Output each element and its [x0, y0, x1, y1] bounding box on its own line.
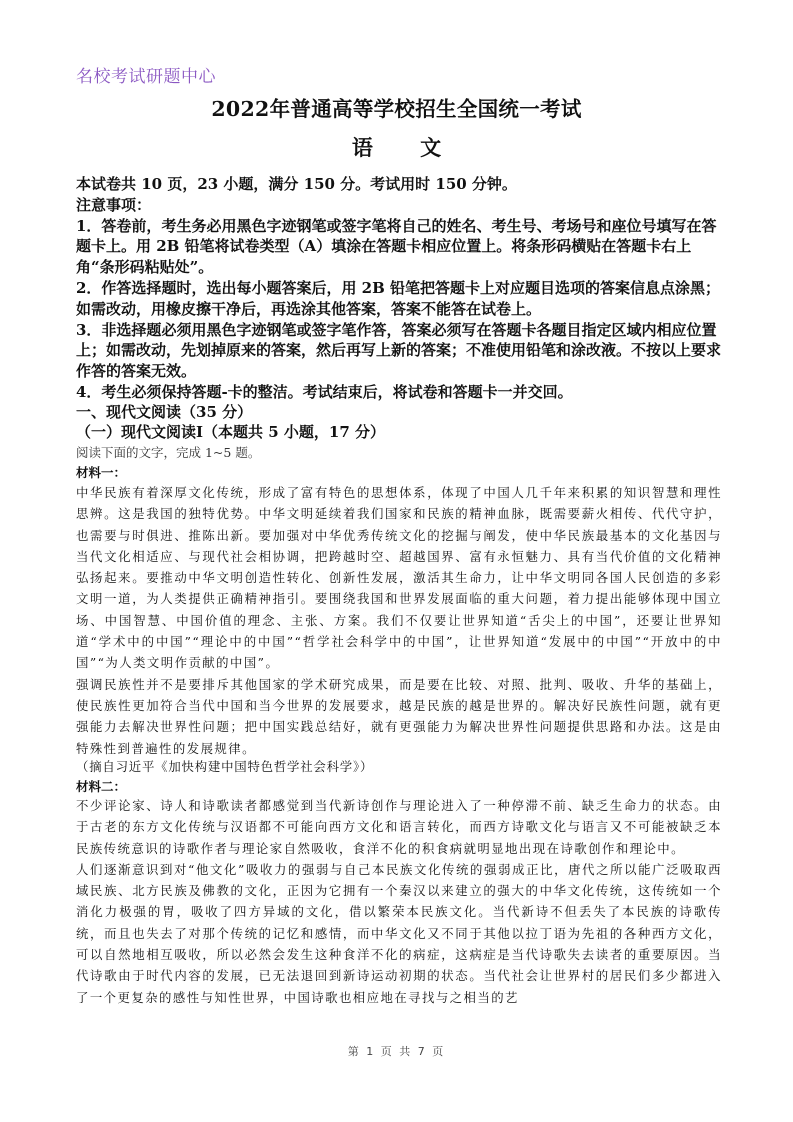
- material-1-text: 中华民族有着深厚文化传统，形成了富有特色的思想体系，体现了中国人几千年来积累的知…: [76, 482, 722, 759]
- notice-item-2: 2．作答选择题时，选出每小题答案后，用 2B 铅笔把答题卡上对应题目选项的答案信…: [76, 278, 726, 320]
- watermark-text: 名校考试研题中心: [76, 62, 216, 87]
- paragraph: 强调民族性并不是要排斥其他国家的学术研究成果，而是要在比较、对照、批判、吸收、升…: [76, 674, 722, 759]
- material-2-text: 不少评论家、诗人和诗歌读者都感觉到当代新诗创作与理论进入了一种停滞不前、缺乏生命…: [76, 795, 722, 1008]
- notice-item-4: 4．考生必须保持答题-卡的整洁。考试结束后，将试卷和答题卡一并交回。: [76, 382, 726, 403]
- paragraph: 不少评论家、诗人和诗歌读者都感觉到当代新诗创作与理论进入了一种停滞不前、缺乏生命…: [76, 795, 722, 859]
- exam-summary: 本试卷共 10 页，23 小题，满分 150 分。考试用时 150 分钟。: [76, 174, 726, 195]
- notice-item-1: 1．答卷前，考生务必用黑色字迹钢笔或签字笔将自己的姓名、考生号、考场号和座位号填…: [76, 216, 726, 278]
- page-number: 第 1 页 共 7 页: [0, 1043, 793, 1059]
- exam-page: 名校考试研题中心 2022年普通高等学校招生全国统一考试 语 文 本试卷共 10…: [0, 0, 793, 1122]
- material-1-citation: （摘自习近平《加快构建中国特色哲学社会科学》）: [76, 757, 373, 775]
- material-1-label: 材料一：: [76, 463, 126, 481]
- notice-item-3: 3．非选择题必须用黑色字迹钢笔或签字笔作答，答案必须写在答题卡各题目指定区域内相…: [76, 320, 726, 382]
- subpart-heading: （一）现代文阅读Ⅰ（本题共 5 小题，17 分）: [76, 422, 726, 442]
- part-heading: 一、现代文阅读（35 分）: [76, 402, 726, 422]
- reading-instruction: 阅读下面的文字，完成 1~5 题。: [76, 443, 260, 461]
- paragraph: 人们逐渐意识到对“他文化”吸收力的强弱与自己本民族文化传统的强弱成正比，唐代之所…: [76, 859, 722, 1008]
- paragraph: 中华民族有着深厚文化传统，形成了富有特色的思想体系，体现了中国人几千年来积累的知…: [76, 482, 722, 674]
- material-2-label: 材料二：: [76, 777, 126, 795]
- notice-heading: 注意事项：: [76, 195, 726, 216]
- section-heading-block: 一、现代文阅读（35 分） （一）现代文阅读Ⅰ（本题共 5 小题，17 分）: [76, 402, 726, 442]
- exam-title: 2022年普通高等学校招生全国统一考试: [0, 92, 793, 122]
- notice-block: 本试卷共 10 页，23 小题，满分 150 分。考试用时 150 分钟。 注意…: [76, 174, 726, 403]
- subject-title: 语 文: [0, 132, 793, 162]
